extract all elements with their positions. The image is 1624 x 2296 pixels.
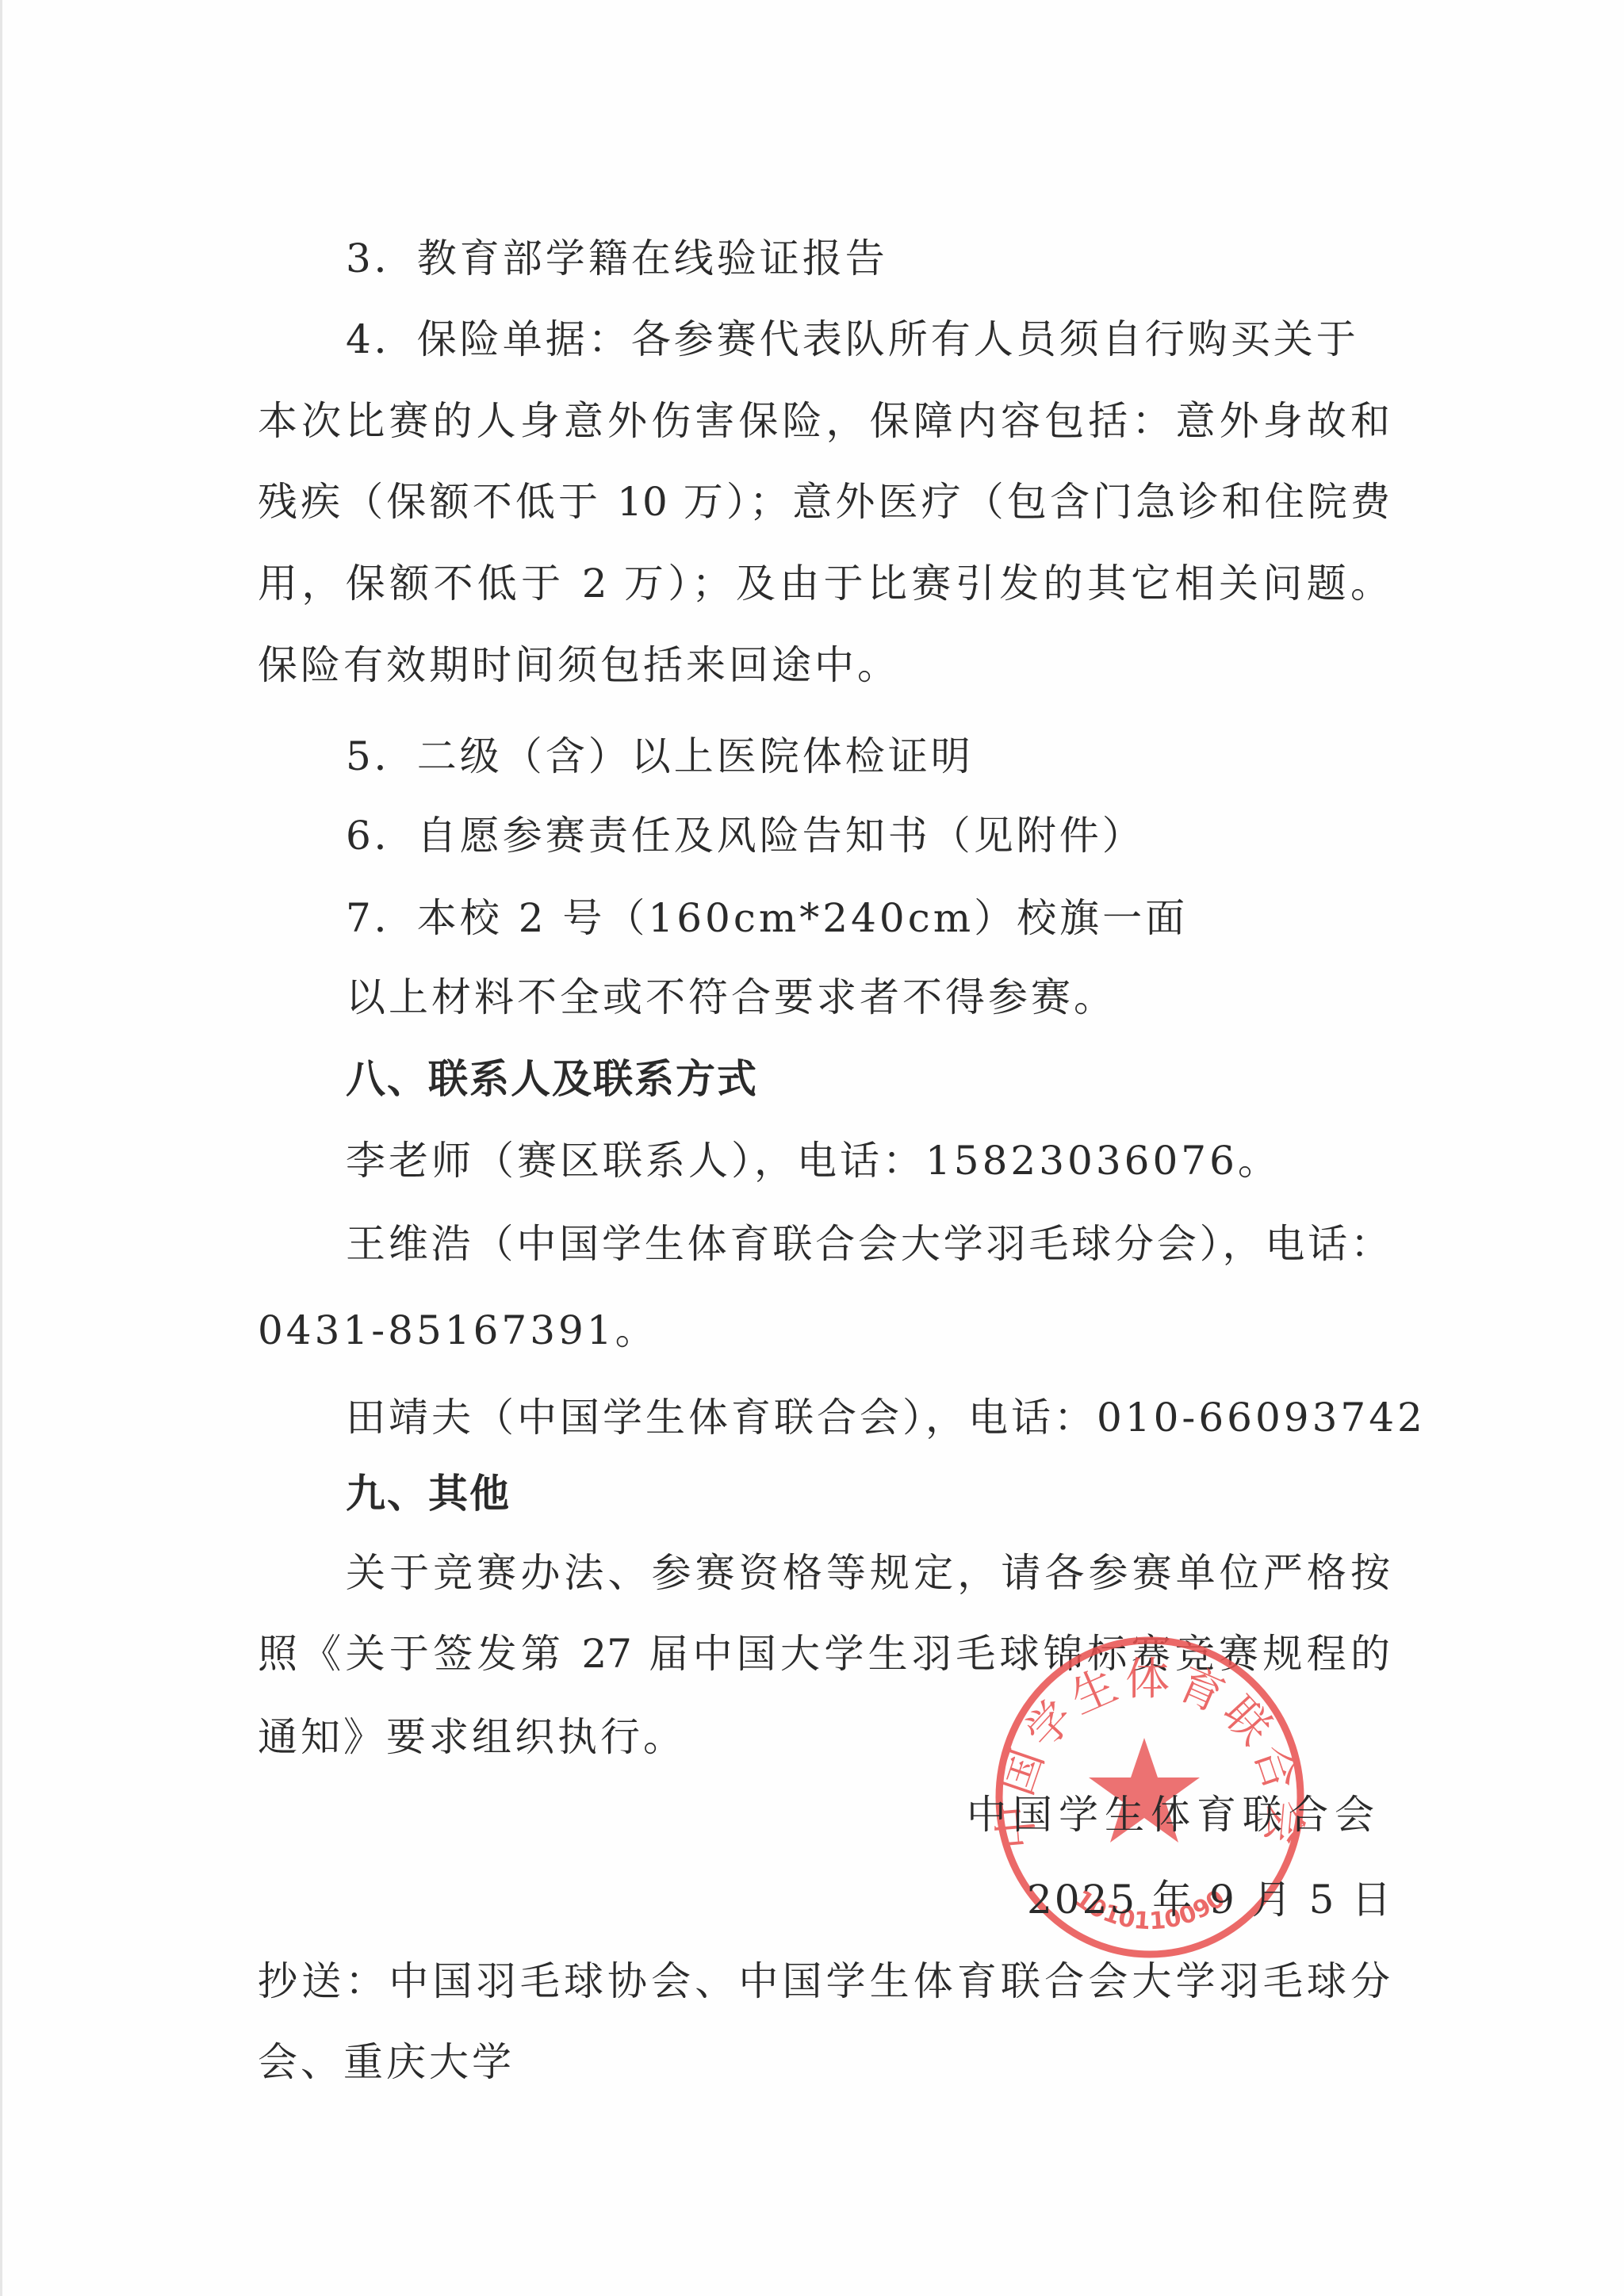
contact-li: 李老师（赛区联系人），电话：15823036076。 (346, 1137, 1281, 1184)
list-item-6: 6．自愿参赛责任及风险告知书（见附件） (346, 812, 1145, 859)
cc-line-continued: 会、重庆大学 (258, 2038, 515, 2086)
list-item-4: 4．保险单据：各参赛代表队所有人员须自行购买关于 (346, 316, 1359, 363)
paragraph-line: 本次比赛的人身意外伤害保险，保障内容包括：意外身故和 (258, 397, 1390, 445)
signature-date: 2025 年 9 月 5 日 (1027, 1876, 1393, 1923)
paragraph-line: 残疾（保额不低于 10 万）；意外医疗（包含门急诊和住院费 (258, 478, 1390, 526)
paragraph-line: 照《关于签发第 27 届中国大学生羽毛球锦标赛竞赛规程的 (258, 1630, 1390, 1678)
paragraph-line: 关于竞赛办法、参赛资格等规定，请各参赛单位严格按 (346, 1549, 1390, 1597)
section-heading-contacts: 八、联系人及联系方式 (346, 1055, 758, 1103)
list-item-3: 3．教育部学籍在线验证报告 (346, 235, 888, 282)
contact-tian: 田靖夫（中国学生体育联合会），电话：010-66093742 (346, 1394, 1426, 1441)
contact-wang: 王维浩（中国学生体育联合会大学羽毛球分会），电话： (346, 1220, 1390, 1268)
requirement-note: 以上材料不全或不符合要求者不得参赛。 (346, 974, 1116, 1021)
list-item-5: 5．二级（含）以上医院体检证明 (346, 733, 974, 780)
list-item-7: 7．本校 2 号（160cm*240cm）校旗一面 (346, 894, 1188, 942)
cc-line: 抄送：中国羽毛球协会、中国学生体育联合会大学羽毛球分 (258, 1957, 1390, 2005)
signature-organization: 中国学生体育联合会 (967, 1791, 1381, 1839)
paragraph-line: 用，保额不低于 2 万）；及由于比赛引发的其它相关问题。 (258, 560, 1390, 607)
contact-wang-phone: 0431-85167391。 (258, 1307, 658, 1354)
section-heading-other: 九、其他 (346, 1470, 511, 1517)
paragraph-line: 通知》要求组织执行。 (258, 1713, 686, 1761)
paragraph-line: 保险有效期时间须包括来回途中。 (258, 641, 900, 689)
document-page: 3．教育部学籍在线验证报告 4．保险单据：各参赛代表队所有人员须自行购买关于 本… (0, 0, 1624, 2296)
